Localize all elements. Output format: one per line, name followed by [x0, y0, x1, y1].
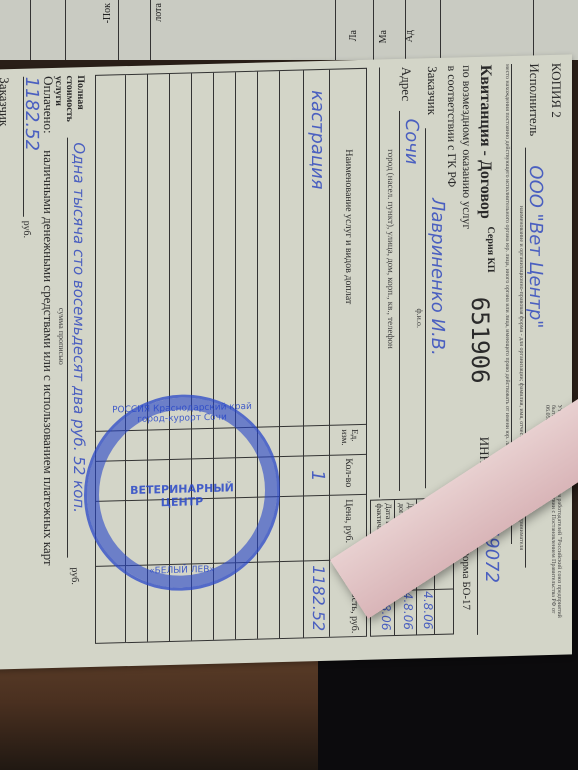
full-cost-value: Одна тысяча сто восемьдесят два руб. 52 … [70, 142, 88, 513]
paid-rub: руб. [21, 221, 32, 239]
row-qty: 1 [307, 470, 328, 482]
contract-date-value: 4.8.06 [401, 592, 415, 631]
form-series: Серия КП [485, 226, 496, 272]
form-title: Квитанция - Договор [476, 64, 494, 219]
paid-text: наличными денежными средствами или с исп… [40, 150, 56, 566]
col-header-qty: Кол-во [343, 458, 354, 487]
underlying-label: Ла [348, 30, 359, 41]
paid-value: 1182.52 [21, 76, 42, 151]
address-value: Сочи [401, 118, 422, 164]
underlying-label: лота [153, 3, 164, 22]
underlying-label: Ма [378, 30, 389, 43]
executor-label: Исполнитель [526, 63, 542, 136]
row-cost: 1182.52 [309, 565, 328, 632]
receipt-form: КОПИЯ 2 Исполнитель ООО "Вет Центр" наим… [0, 54, 572, 669]
form-subtitle-2: в соответствии с ГК РФ [444, 65, 459, 187]
copy-label: КОПИЯ 2 [548, 63, 564, 118]
intake-date-value: 4.8.06 [421, 591, 435, 630]
stamp-ring-text: РОССИЯ Краснодарский край город-курорт С… [97, 401, 267, 425]
stamp-center-text: ВЕТЕРИНАРНЫЙ ЦЕНТР [107, 481, 257, 511]
full-cost-label: Полная стоимость услуги [53, 75, 86, 136]
customer-caption: ф.и.о. [415, 308, 424, 328]
form-subtitle-1: по возмездному оказанию услуг [459, 65, 474, 230]
customer-label: Заказчик [424, 66, 440, 115]
underlying-label: Ад [404, 30, 415, 42]
col-header-unit: Ед. изм. [340, 429, 360, 452]
col-header-name: Наименование услуг и видов доплат [343, 149, 354, 304]
totals-customer-label: Заказчик [0, 77, 12, 126]
executor-value: ООО "Вет Центр" [525, 165, 546, 329]
address-label: Адрес [398, 67, 414, 102]
customer-value: Лавриненко И.В. [427, 198, 448, 356]
row-service-name: кастрация [307, 90, 328, 190]
receipt-paper: КОПИЯ 2 Исполнитель ООО "Вет Центр" наим… [0, 54, 572, 669]
underlying-sheet: Ад Ма Ла -Пок лота [0, 0, 578, 60]
address-caption: город (насел. пункт), улица, дом, корп.,… [386, 149, 396, 349]
paid-label: Оплачено: [40, 76, 56, 134]
place-caption: место нахождения постоянно действующего … [504, 64, 510, 499]
full-cost-rub: руб. [69, 567, 80, 585]
organization-stamp: РОССИЯ Краснодарский край город-курорт С… [84, 392, 280, 593]
form-number: 651906 [466, 296, 494, 383]
underlying-label: -Пок [102, 3, 113, 23]
col-header-price: Цена, руб. [343, 499, 354, 543]
full-cost-caption: сумма прописью [57, 308, 66, 365]
